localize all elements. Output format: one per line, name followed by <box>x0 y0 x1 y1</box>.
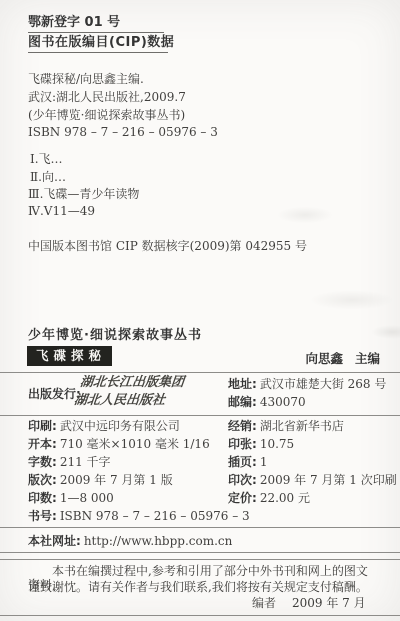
cip-data-heading: 图书在版编目(CIP)数据 <box>28 35 174 50</box>
cip-publisher-line: 武汉:湖北人民出版社,2009.7 <box>28 90 186 104</box>
registration-underline <box>28 32 164 33</box>
publisher-name-logo: 湖北人民出版社 <box>73 393 166 408</box>
distributor-label: 经销: <box>228 419 257 433</box>
wordcount-row: 字数:211 千字 <box>28 455 111 469</box>
cip-title-line: 飞碟探秘/向思鑫主编. <box>28 72 144 86</box>
editor-name: 向思鑫 <box>305 349 343 367</box>
cip-series-line: (少年博览·细说探索故事丛书) <box>28 108 185 122</box>
classification-line-1: Ⅰ.飞… <box>30 152 63 166</box>
classification-line-3: Ⅲ.飞碟—青少年读物 <box>28 187 139 201</box>
address-value: 武汉市雄楚大街 268 号 <box>260 377 387 391</box>
divider-table-top <box>0 372 400 373</box>
printrun-row: 印数:1—8 000 <box>28 491 114 505</box>
format-row: 开本:710 毫米×1010 毫米 1/16 <box>28 437 210 451</box>
book-number-label: 书号: <box>28 509 57 523</box>
edition-label: 版次: <box>28 473 57 487</box>
sign-date: 2009 年 7 月 <box>292 596 366 610</box>
edition-value: 2009 年 7 月第 1 版 <box>60 473 173 487</box>
print-house-label: 印刷: <box>28 419 57 433</box>
publisher-group-logo: 湖北长江出版集团 <box>79 375 185 390</box>
print-house-value: 武汉中远印务有限公司 <box>60 419 180 433</box>
inserts-value: 1 <box>260 455 268 469</box>
signer: 编者 <box>252 596 276 610</box>
address-label: 地址: <box>228 377 257 391</box>
format-label: 开本: <box>28 437 57 451</box>
website-row: 本社网址:http://www.hbpp.com.cn <box>28 534 232 548</box>
inserts-row: 插页:1 <box>228 455 267 469</box>
format-value: 710 毫米×1010 毫米 1/16 <box>60 437 210 451</box>
distributor-value: 湖北省新华书店 <box>260 419 344 433</box>
note-line-2: 谨致谢忱。请有关作者与我们联系,我们将按有关规定支付稿酬。 <box>28 580 376 594</box>
divider-note-bottom <box>0 615 400 616</box>
editor-role: 主编 <box>355 349 380 367</box>
website-label: 本社网址: <box>28 534 81 548</box>
book-title-badge: 飞碟探秘 <box>27 346 112 366</box>
distributor-row: 经销:湖北省新华书店 <box>228 419 344 433</box>
postcode-label: 邮编: <box>228 395 257 409</box>
divider-website-top <box>0 527 400 528</box>
copyright-page: { "header": { "reg_number": "鄂新登字 01 号",… <box>0 0 400 621</box>
address-row: 地址:武汉市雄楚大街 268 号 <box>228 377 386 391</box>
cip-record-number: 中国版本图书馆 CIP 数据核字(2009)第 042955 号 <box>28 239 307 253</box>
classification-line-4: Ⅳ.V11—49 <box>28 204 95 218</box>
cip-isbn-line: ISBN 978 – 7 – 216 – 05976 – 3 <box>28 125 218 139</box>
wordcount-label: 字数: <box>28 455 57 469</box>
sheets-value: 10.75 <box>260 437 294 451</box>
book-number-row: 书号:ISBN 978 – 7 – 216 – 05976 – 3 <box>28 509 250 523</box>
price-row: 定价:22.00 元 <box>228 491 310 505</box>
impression-value: 2009 年 7 月第 1 次印刷 <box>260 473 397 487</box>
publisher-label: 出版发行: <box>28 387 81 401</box>
series-title: 少年博览·细说探索故事丛书 <box>28 328 202 343</box>
editor-row: 向思鑫 主编 <box>305 349 380 367</box>
classification-line-2: Ⅱ.向… <box>30 170 66 184</box>
edition-row: 版次:2009 年 7 月第 1 版 <box>28 473 173 487</box>
divider-website-bottom <box>0 552 400 553</box>
postcode-value: 430070 <box>260 395 306 409</box>
cip-heading-underline <box>28 52 168 53</box>
sheets-row: 印张:10.75 <box>228 437 294 451</box>
note-signature: 编者 2009 年 7 月 <box>252 596 366 610</box>
sheets-label: 印张: <box>228 437 257 451</box>
impression-row: 印次:2009 年 7 月第 1 次印刷 <box>228 473 397 487</box>
wordcount-value: 211 千字 <box>60 455 111 469</box>
registration-number: 鄂新登字 01 号 <box>28 15 120 30</box>
printrun-value: 1—8 000 <box>60 491 114 505</box>
website-url: http://www.hbpp.com.cn <box>84 534 233 548</box>
printrun-label: 印数: <box>28 491 57 505</box>
price-value: 22.00 元 <box>260 491 310 505</box>
book-number-value: ISBN 978 – 7 – 216 – 05976 – 3 <box>60 509 250 523</box>
price-label: 定价: <box>228 491 257 505</box>
book-title: 飞碟探秘 <box>36 348 106 363</box>
divider-table-mid <box>0 415 400 416</box>
divider-note-top <box>0 559 400 560</box>
impression-label: 印次: <box>228 473 257 487</box>
postcode-row: 邮编:430070 <box>228 395 306 409</box>
print-house-row: 印刷:武汉中远印务有限公司 <box>28 419 180 433</box>
inserts-label: 插页: <box>228 455 257 469</box>
